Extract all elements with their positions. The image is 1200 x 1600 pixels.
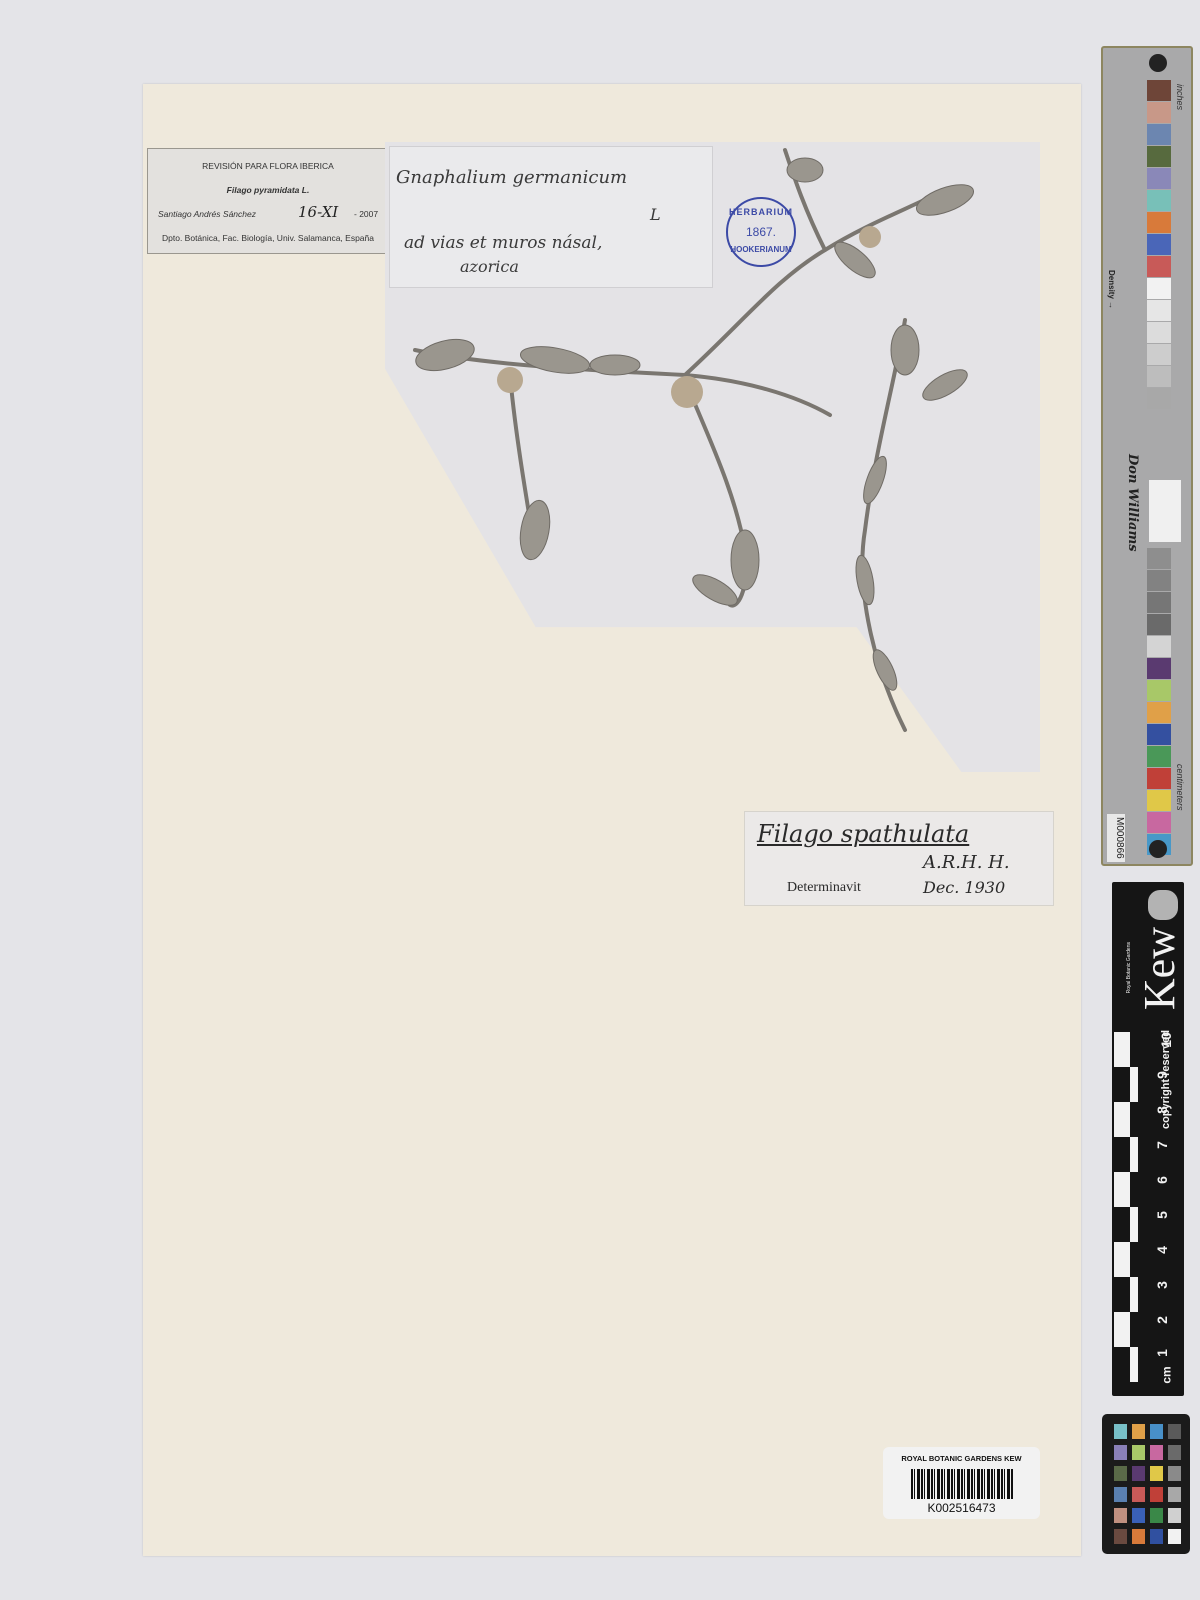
color-patch: [1147, 190, 1171, 211]
color-swatch: [1114, 1424, 1127, 1439]
revision-date-year: - 2007: [354, 209, 378, 219]
color-swatch: [1132, 1445, 1145, 1460]
color-swatch: [1132, 1529, 1145, 1544]
color-swatch: [1168, 1487, 1181, 1502]
color-patch: [1147, 80, 1171, 101]
kew-subtitle: Royal Botanic Gardens: [1126, 942, 1132, 993]
color-patch: [1147, 366, 1171, 387]
centimeters-label: centimeters: [1175, 764, 1185, 811]
scale-number: 10: [1158, 1032, 1174, 1048]
color-reference-card: [1102, 1414, 1190, 1554]
scale-segment: [1114, 1102, 1130, 1137]
determination-label: Filago spathulata A.R.H. H. Determinavit…: [744, 811, 1054, 906]
original-collection-label: Gnaphalium germanicum L ad vias et muros…: [389, 146, 713, 288]
scale-number: 7: [1154, 1141, 1170, 1149]
ruler-id: M000866: [1107, 814, 1125, 862]
color-patch: [1147, 212, 1171, 233]
density-label: Density →: [1107, 270, 1116, 309]
barcode-number: K002516473: [883, 1501, 1040, 1515]
color-swatch: [1114, 1445, 1127, 1460]
scale-number: 4: [1154, 1246, 1170, 1254]
color-patch: [1147, 388, 1171, 409]
scale-segment: [1114, 1032, 1130, 1067]
herbarium-stamp: HERBARIUM 1867. HOOKERIANUM: [726, 197, 796, 267]
registration-dot-icon: [1149, 840, 1167, 858]
stamp-year: 1867.: [728, 225, 794, 239]
inches-label: inches: [1175, 84, 1185, 110]
kew-logo: Kew: [1134, 927, 1185, 1010]
stamp-top-text: HERBARIUM: [728, 207, 794, 217]
color-swatch: [1150, 1466, 1163, 1481]
color-swatch: [1168, 1445, 1181, 1460]
color-swatch: [1150, 1445, 1163, 1460]
determinavit-text: Determinavit: [787, 880, 861, 896]
scale-segment: [1114, 1242, 1130, 1277]
color-patch: [1147, 278, 1171, 299]
color-swatch: [1168, 1424, 1181, 1439]
color-swatch: [1150, 1487, 1163, 1502]
scale-segment: [1114, 1312, 1130, 1347]
color-patch: [1147, 344, 1171, 365]
scale-number: 1: [1154, 1349, 1170, 1357]
color-swatch: [1132, 1424, 1145, 1439]
color-patch: [1147, 680, 1171, 701]
color-swatch: [1150, 1508, 1163, 1523]
revision-taxon: Filago pyramidata L.: [148, 185, 388, 195]
color-swatch: [1168, 1508, 1181, 1523]
original-taxon: Gnaphalium germanicum: [396, 167, 627, 188]
barcode-institution: ROYAL BOTANIC GARDENS KEW: [883, 1454, 1040, 1463]
color-patch: [1147, 124, 1171, 145]
color-patch: [1147, 636, 1171, 657]
scale-segment: [1130, 1277, 1138, 1312]
revision-title: REVISIÓN PARA FLORA IBERICA: [148, 161, 388, 171]
color-patch: [1147, 658, 1171, 679]
color-patch: [1147, 614, 1171, 635]
color-patch: [1147, 256, 1171, 277]
scale-segment: [1130, 1137, 1138, 1172]
color-swatch: [1168, 1529, 1181, 1544]
color-patch: [1147, 768, 1171, 789]
color-patch: [1147, 592, 1171, 613]
stamp-bottom-text: HOOKERIANUM: [728, 245, 794, 254]
registration-dot-icon: [1149, 54, 1167, 72]
scale-number: 5: [1154, 1211, 1170, 1219]
color-swatch: [1114, 1529, 1127, 1544]
color-patch: [1147, 146, 1171, 167]
color-calibration-ruler: inches Density → Don Williams M000866 ce…: [1101, 46, 1193, 866]
scale-segment: [1130, 1067, 1138, 1102]
determiner: A.R.H. H.: [923, 852, 1010, 873]
color-swatch: [1114, 1508, 1127, 1523]
color-swatch: [1132, 1487, 1145, 1502]
scale-number: 9: [1154, 1071, 1170, 1079]
color-patch: [1147, 234, 1171, 255]
revision-date-handwritten: 16-XI: [298, 203, 338, 221]
scale-number: 8: [1154, 1106, 1170, 1114]
revision-label: REVISIÓN PARA FLORA IBERICA Filago pyram…: [147, 148, 389, 254]
color-patch: [1147, 702, 1171, 723]
scale-segment: [1114, 1172, 1130, 1207]
color-swatch: [1132, 1466, 1145, 1481]
color-patch: [1147, 548, 1171, 569]
revision-reviser: Santiago Andrés Sánchez: [158, 209, 256, 219]
color-patch: [1147, 300, 1171, 321]
scale-segment: [1130, 1347, 1138, 1382]
color-patch: [1147, 322, 1171, 343]
color-patch: [1147, 746, 1171, 767]
kew-scale-bar: Kew Royal Botanic Gardens copyright rese…: [1112, 882, 1184, 1396]
color-patch: [1147, 790, 1171, 811]
color-swatch: [1150, 1529, 1163, 1544]
color-patch: [1147, 812, 1171, 833]
scale-number: 2: [1154, 1316, 1170, 1324]
kew-crest-icon: [1148, 890, 1178, 920]
barcode-label: ROYAL BOTANIC GARDENS KEW K002516473: [883, 1447, 1040, 1519]
scale-number: 6: [1154, 1176, 1170, 1184]
original-locality: azorica: [460, 257, 519, 276]
grey-scale-inset: [1149, 480, 1181, 542]
color-swatch: [1114, 1466, 1127, 1481]
barcode-icon: [911, 1469, 1013, 1499]
scale-number: 3: [1154, 1281, 1170, 1289]
ruler-brand: Don Williams: [1125, 454, 1140, 552]
color-patch: [1147, 724, 1171, 745]
scale-segment: [1130, 1207, 1138, 1242]
determination-date: Dec. 1930: [923, 878, 1005, 897]
determined-taxon: Filago spathulata: [757, 820, 969, 848]
color-swatch: [1114, 1487, 1127, 1502]
color-patch: [1147, 102, 1171, 123]
color-swatch: [1168, 1466, 1181, 1481]
color-patch: [1147, 570, 1171, 591]
revision-institution: Dpto. Botánica, Fac. Biología, Univ. Sal…: [148, 233, 388, 243]
color-patch: [1147, 168, 1171, 189]
color-swatch: [1132, 1508, 1145, 1523]
original-habitat: ad vias et muros násal,: [404, 233, 602, 253]
color-swatch: [1150, 1424, 1163, 1439]
scale-unit: cm: [1160, 1366, 1174, 1383]
original-authority: L: [650, 205, 661, 224]
